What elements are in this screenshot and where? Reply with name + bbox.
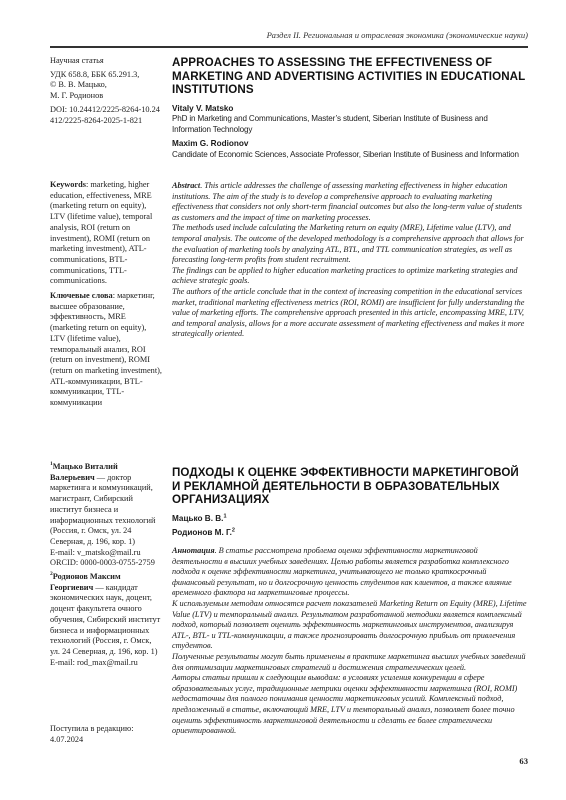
- author-affiliation-en-1: PhD in Marketing and Communications, Mas…: [172, 114, 528, 135]
- article-title-ru: ПОДХОДЫ К ОЦЕНКЕ ЭФФЕКТИВНОСТИ МАРКЕТИНГ…: [172, 466, 528, 507]
- abstract-en-p1: Abstract. This article addresses the cha…: [172, 181, 528, 223]
- article-ru: ПОДХОДЫ К ОЦЕНКЕ ЭФФЕКТИВНОСТИ МАРКЕТИНГ…: [172, 466, 528, 539]
- abstract-en-p2: The methods used include calculating the…: [172, 223, 528, 265]
- author2-bio: 2Родионов Максим Георгиевич — кандидат э…: [50, 572, 162, 658]
- author1-bio: 1Мацько Виталий Валерьевич — доктор марк…: [50, 462, 162, 548]
- received-info: Поступила в редакцию: 4.07.2024: [50, 724, 162, 745]
- article-meta: Научная статья УДК 658.8, ББК 65.291.3, …: [50, 56, 162, 126]
- copyright-line-1: © В. В. Мацько,: [50, 80, 162, 91]
- page-number: 63: [519, 756, 528, 766]
- author-ru-2: Родионов М. Г.2: [172, 528, 528, 539]
- abstract-ru-label: Аннотация: [172, 546, 215, 555]
- keywords-block: Keywords: marketing, higher education, e…: [50, 180, 162, 409]
- udk-bbk: УДК 658.8, ББК 65.291.3,: [50, 70, 162, 81]
- abstract-en-p3: The findings can be applied to higher ed…: [172, 266, 528, 287]
- abstract-ru-p3: Полученные результаты могут быть примене…: [172, 652, 528, 673]
- author-ru-1: Мацько В. В.1: [172, 514, 528, 525]
- article-type: Научная статья: [50, 56, 162, 67]
- header-rule: [50, 46, 528, 48]
- article-title-en: APPROACHES TO ASSESSING THE EFFECTIVENES…: [172, 56, 528, 97]
- article-en: APPROACHES TO ASSESSING THE EFFECTIVENES…: [172, 56, 528, 160]
- received-label: Поступила в редакцию:: [50, 724, 162, 735]
- author-name-en-2: Maxim G. Rodionov: [172, 139, 528, 150]
- abstract-en: Abstract. This article addresses the cha…: [172, 181, 528, 340]
- author-name-en-1: Vitaly V. Matsko: [172, 104, 528, 115]
- author-info-ru: 1Мацько Виталий Валерьевич — доктор марк…: [50, 462, 162, 668]
- abstract-en-p4: The authors of the article conclude that…: [172, 287, 528, 340]
- abstract-ru-p2: К используемым методам относятся расчет …: [172, 599, 528, 652]
- abstract-en-label: Abstract: [172, 181, 200, 190]
- author1-email[interactable]: E-mail: v_matsko@mail.ru: [50, 548, 162, 559]
- abstract-ru: Аннотация. В статье рассмотрена проблема…: [172, 546, 528, 737]
- keywords-en-text: : marketing, higher education, effective…: [50, 180, 152, 285]
- keywords-ru: Ключевые слова: маркетинг, высшее образо…: [50, 291, 162, 409]
- author-affiliation-en-2: Candidate of Economic Sciences, Associat…: [172, 150, 528, 161]
- keywords-ru-label: Ключевые слова: [50, 291, 113, 300]
- keywords-en-label: Keywords: [50, 180, 86, 189]
- author2-email[interactable]: E-mail: rod_max@mail.ru: [50, 658, 162, 669]
- keywords-en: Keywords: marketing, higher education, e…: [50, 180, 162, 287]
- running-head: Раздел II. Региональная и отраслевая эко…: [267, 30, 528, 40]
- copyright-line-2: М. Г. Родионов: [50, 91, 162, 102]
- abstract-ru-p1: Аннотация. В статье рассмотрена проблема…: [172, 546, 528, 599]
- doi[interactable]: DOI: 10.24412/2225-8264-10.24412/2225-82…: [50, 105, 162, 126]
- author1-orcid[interactable]: ORCID: 0000-0003-0755-2759: [50, 558, 162, 569]
- received-date: 4.07.2024: [50, 735, 162, 746]
- keywords-ru-text: : маркетинг, высшее образование, эффекти…: [50, 291, 162, 407]
- abstract-ru-p4: Авторы статьи пришли к следующим выводам…: [172, 673, 528, 737]
